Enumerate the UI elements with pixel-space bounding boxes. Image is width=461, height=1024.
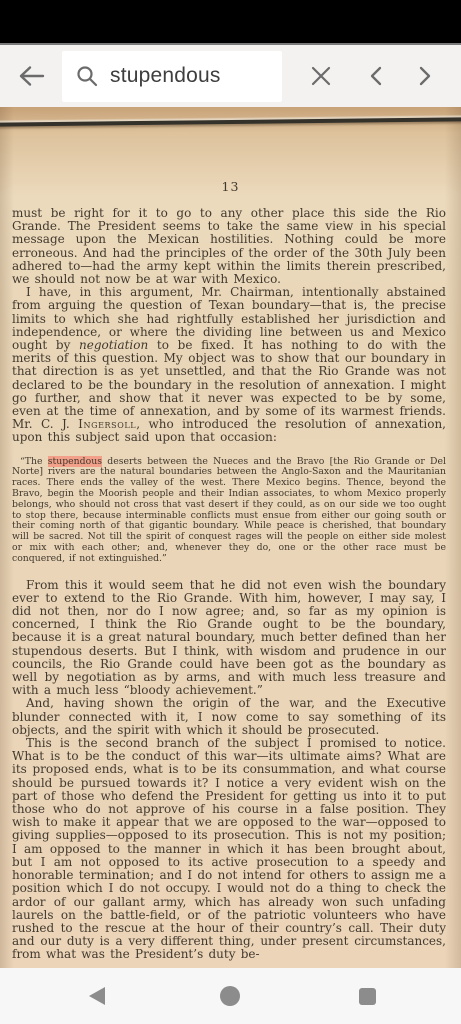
scanned-book-page[interactable]: 13 must be right for it to go to any oth… xyxy=(0,107,461,968)
nav-home-button[interactable] xyxy=(200,968,260,1024)
nav-home-circle-icon xyxy=(220,986,240,1006)
search-icon xyxy=(75,64,99,88)
text-segment: must be right for it to go to any other … xyxy=(12,206,446,286)
nav-back-triangle-icon xyxy=(89,987,105,1005)
body-paragraph: This is the second branch of the subject… xyxy=(12,737,446,961)
text-segment: deserts between the Nueces and the Bravo… xyxy=(12,456,446,564)
body-paragraph: I have, in this argument, Mr. Chairman, … xyxy=(12,286,446,444)
back-arrow-icon xyxy=(17,64,45,88)
nav-back-button[interactable] xyxy=(67,968,127,1024)
android-navigation-bar xyxy=(0,968,461,1024)
text-segment: From this it would seem that he did not … xyxy=(12,578,446,698)
nav-recents-button[interactable] xyxy=(337,968,397,1024)
next-result-button[interactable] xyxy=(400,45,450,107)
status-bar xyxy=(0,0,461,43)
search-input[interactable]: stupendous xyxy=(62,51,282,102)
text-segment: And, having shown the origin of the war,… xyxy=(12,696,446,736)
page-text: must be right for it to go to any other … xyxy=(12,207,446,962)
close-icon xyxy=(310,65,332,87)
chevron-left-icon xyxy=(369,66,382,86)
body-paragraph: And, having shown the origin of the war,… xyxy=(12,697,446,737)
page-edge-line xyxy=(0,117,461,126)
clear-search-button[interactable] xyxy=(292,45,350,107)
quote-paragraph: “The stupendous deserts between the Nuec… xyxy=(12,457,446,565)
search-query-text: stupendous xyxy=(110,64,221,88)
text-segment: “The xyxy=(20,456,48,467)
text-segment: This is the second branch of the subject… xyxy=(12,736,446,961)
nav-recents-square-icon xyxy=(359,988,376,1005)
search-toolbar: stupendous xyxy=(0,43,461,107)
body-paragraph: must be right for it to go to any other … xyxy=(12,207,446,286)
text-segment: Ingersoll xyxy=(78,417,136,431)
chevron-right-icon xyxy=(419,66,432,86)
previous-result-button[interactable] xyxy=(350,45,400,107)
text-segment: negotiation xyxy=(79,338,148,352)
search-match-highlight: stupendous xyxy=(48,456,102,467)
body-paragraph: From this it would seem that he did not … xyxy=(12,579,446,698)
page-number: 13 xyxy=(0,179,461,194)
page-top-edge xyxy=(0,107,461,137)
phone-screen: stupendous xyxy=(0,0,461,1024)
back-button[interactable] xyxy=(0,45,62,107)
